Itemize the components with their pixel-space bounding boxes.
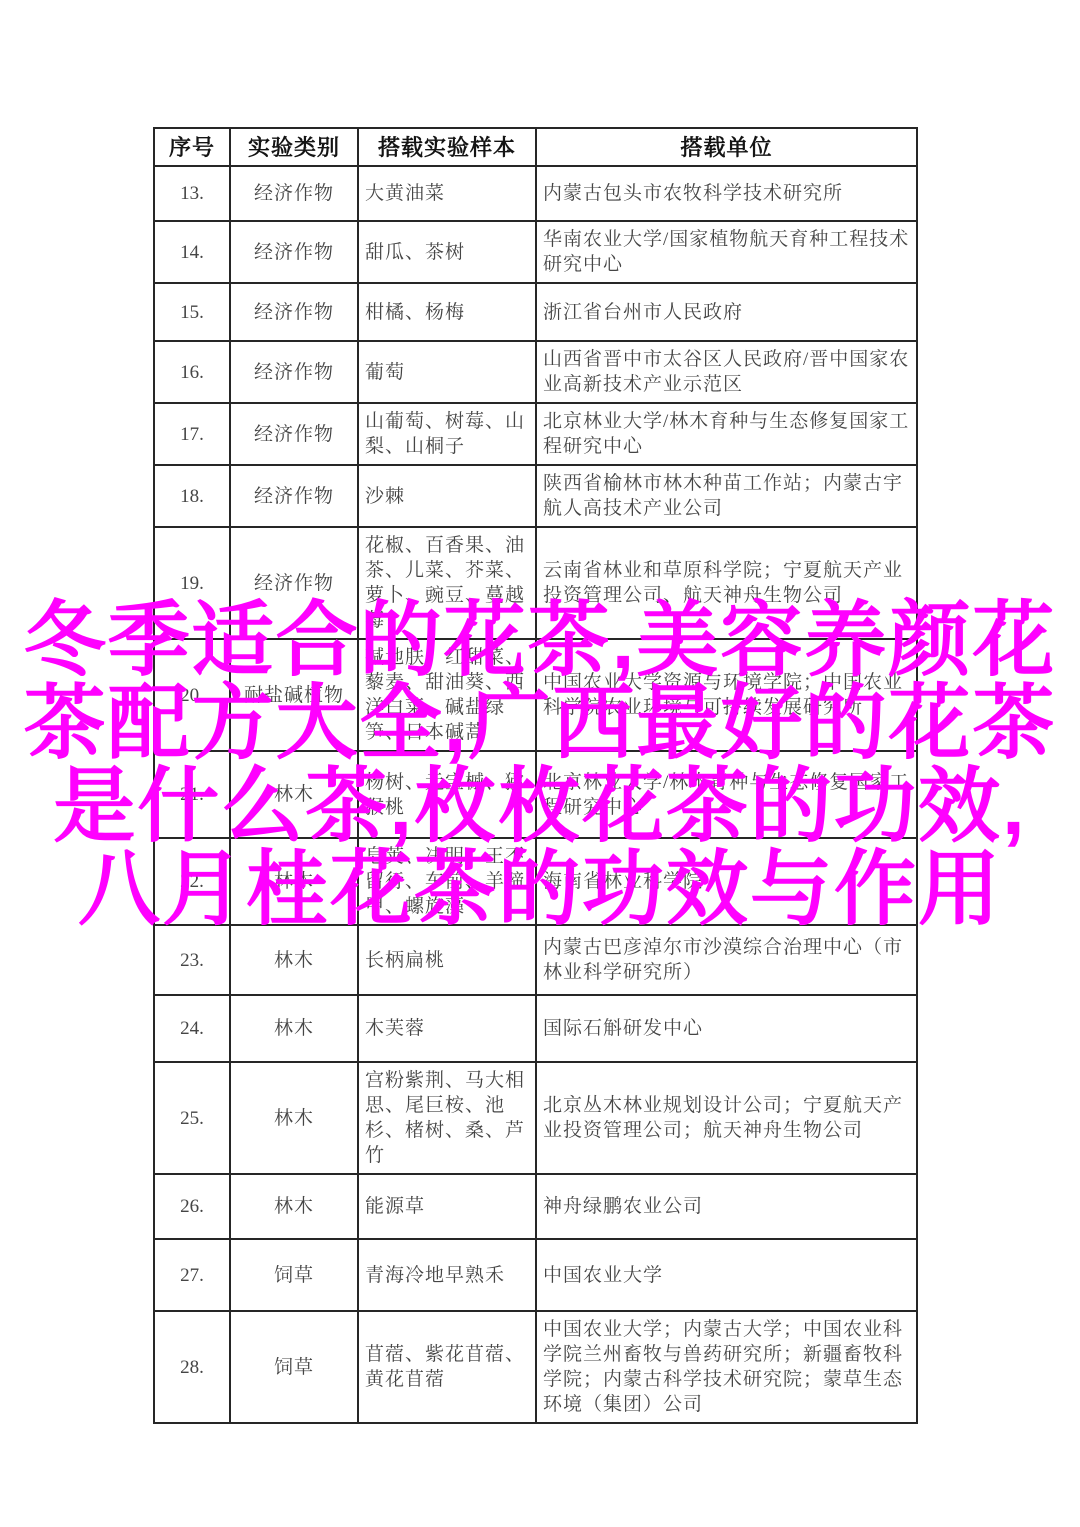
carrying-unit-cell: 海南省林业科学院: [536, 838, 917, 925]
experiment-sample-cell: 花椒、百香果、油茶、儿菜、芥菜、萝卜、豌豆、蔓越莓: [358, 527, 536, 639]
experiment-sample-cell: 宫粉紫荆、马大相思、尾巨桉、池杉、楮树、桑、芦竹: [358, 1062, 536, 1174]
row-index-cell: 22.: [154, 838, 230, 925]
row-index-cell: 14.: [154, 221, 230, 283]
table-row: 17. 经济作物 山葡萄、树莓、山梨、山桐子 北京林业大学/林木育种与生态修复国…: [154, 403, 917, 465]
carrying-unit-cell: 内蒙古巴彦淖尔市沙漠综合治理中心（市林业科学研究所）: [536, 925, 917, 995]
row-index-cell: 28.: [154, 1311, 230, 1423]
carrying-unit-cell: 陕西省榆林市林木种苗工作站；内蒙古宇航人高技术产业公司: [536, 465, 917, 527]
row-index-cell: 20.: [154, 639, 230, 751]
row-index-cell: 24.: [154, 995, 230, 1062]
experiment-sample-cell: 沙棘: [358, 465, 536, 527]
carrying-unit-cell: 国际石斛研发中心: [536, 995, 917, 1062]
table-row: 23. 林木 长柄扁桃 内蒙古巴彦淖尔市沙漠综合治理中心（市林业科学研究所）: [154, 925, 917, 995]
row-index-cell: 19.: [154, 527, 230, 639]
experiment-category-cell: 经济作物: [230, 403, 358, 465]
carrying-unit-cell: 云南省林业和草原科学院；宁夏航天产业投资管理公司、航天神舟生物公司: [536, 527, 917, 639]
row-index-cell: 27.: [154, 1239, 230, 1311]
table-row: 18. 经济作物 沙棘 陕西省榆林市林木种苗工作站；内蒙古宇航人高技术产业公司: [154, 465, 917, 527]
table-row: 15. 经济作物 柑橘、杨梅 浙江省台州市人民政府: [154, 283, 917, 341]
table-row: 20. 耐盐碱植物 碱地肤、红甜菜、藜麦、甜油葵、西洋白菜、碱盐绿笋、日本碱蒿 …: [154, 639, 917, 751]
experiment-category-cell: 林木: [230, 1062, 358, 1174]
experiment-sample-cell: 能源草: [358, 1174, 536, 1239]
experiment-sample-cell: 皂荚、决明、王不留行、车前、羊蹄甲、螺旋藻: [358, 838, 536, 925]
carrying-unit-cell: 中国农业大学资源与环境学院；中国农业科学院农业环境与可持续发展研究所: [536, 639, 917, 751]
experiment-category-cell: 经济作物: [230, 527, 358, 639]
row-index-cell: 23.: [154, 925, 230, 995]
row-index-cell: 16.: [154, 341, 230, 403]
row-index-cell: 26.: [154, 1174, 230, 1239]
scanned-document-page: 序号 实验类别 搭载实验样本 搭载单位 13. 经济作物 大黄油菜 内蒙古包头市…: [0, 0, 1080, 1527]
table-row: 14. 经济作物 甜瓜、茶树 华南农业大学/国家植物航天育种工程技术研究中心: [154, 221, 917, 283]
carrying-unit-cell: 山西省晋中市太谷区人民政府/晋中国家农业高新技术产业示范区: [536, 341, 917, 403]
experiment-category-cell: 经济作物: [230, 166, 358, 221]
experiment-category-cell: 饲草: [230, 1311, 358, 1423]
experiment-sample-cell: 大黄油菜: [358, 166, 536, 221]
experiment-category-cell: 经济作物: [230, 221, 358, 283]
table-row: 26. 林木 能源草 神舟绿鹏农业公司: [154, 1174, 917, 1239]
experiment-category-cell: 林木: [230, 751, 358, 838]
experiment-sample-cell: 青海冷地早熟禾: [358, 1239, 536, 1311]
table-row: 27. 饲草 青海冷地早熟禾 中国农业大学: [154, 1239, 917, 1311]
table-row: 22. 林木 皂荚、决明、王不留行、车前、羊蹄甲、螺旋藻 海南省林业科学院: [154, 838, 917, 925]
column-header-category: 实验类别: [230, 128, 358, 166]
experiment-category-cell: 饲草: [230, 1239, 358, 1311]
carrying-unit-cell: 内蒙古包头市农牧科学技术研究所: [536, 166, 917, 221]
table-row: 21. 林木 杨树、元宝槭、猕猴桃 北京林业大学/林木育种与生态修复国家工程研究…: [154, 751, 917, 838]
carrying-unit-cell: 神舟绿鹏农业公司: [536, 1174, 917, 1239]
column-header-unit: 搭载单位: [536, 128, 917, 166]
experiment-category-cell: 耐盐碱植物: [230, 639, 358, 751]
experiment-category-cell: 林木: [230, 995, 358, 1062]
row-index-cell: 18.: [154, 465, 230, 527]
experiment-category-cell: 林木: [230, 1174, 358, 1239]
experiment-category-cell: 经济作物: [230, 341, 358, 403]
experiment-sample-cell: 苜蓿、紫花苜蓿、黄花苜蓿: [358, 1311, 536, 1423]
table-row: 19. 经济作物 花椒、百香果、油茶、儿菜、芥菜、萝卜、豌豆、蔓越莓 云南省林业…: [154, 527, 917, 639]
experiment-sample-cell: 木芙蓉: [358, 995, 536, 1062]
row-index-cell: 13.: [154, 166, 230, 221]
experiment-category-cell: 经济作物: [230, 283, 358, 341]
table-row: 13. 经济作物 大黄油菜 内蒙古包头市农牧科学技术研究所: [154, 166, 917, 221]
row-index-cell: 17.: [154, 403, 230, 465]
row-index-cell: 21.: [154, 751, 230, 838]
row-index-cell: 15.: [154, 283, 230, 341]
table-row: 16. 经济作物 葡萄 山西省晋中市太谷区人民政府/晋中国家农业高新技术产业示范…: [154, 341, 917, 403]
experiment-sample-cell: 杨树、元宝槭、猕猴桃: [358, 751, 536, 838]
experiment-sample-cell: 山葡萄、树莓、山梨、山桐子: [358, 403, 536, 465]
carrying-unit-cell: 华南农业大学/国家植物航天育种工程技术研究中心: [536, 221, 917, 283]
column-header-sample: 搭载实验样本: [358, 128, 536, 166]
table-header-row: 序号 实验类别 搭载实验样本 搭载单位: [154, 128, 917, 166]
experiment-payload-table: 序号 实验类别 搭载实验样本 搭载单位 13. 经济作物 大黄油菜 内蒙古包头市…: [153, 127, 918, 1424]
experiment-category-cell: 经济作物: [230, 465, 358, 527]
experiment-sample-cell: 碱地肤、红甜菜、藜麦、甜油葵、西洋白菜、碱盐绿笋、日本碱蒿: [358, 639, 536, 751]
experiment-sample-cell: 葡萄: [358, 341, 536, 403]
experiment-category-cell: 林木: [230, 838, 358, 925]
experiment-sample-cell: 甜瓜、茶树: [358, 221, 536, 283]
experiment-sample-cell: 长柄扁桃: [358, 925, 536, 995]
carrying-unit-cell: 浙江省台州市人民政府: [536, 283, 917, 341]
table-row: 28. 饲草 苜蓿、紫花苜蓿、黄花苜蓿 中国农业大学；内蒙古大学；中国农业科学院…: [154, 1311, 917, 1423]
carrying-unit-cell: 中国农业大学；内蒙古大学；中国农业科学院兰州畜牧与兽药研究所；新疆畜牧科学院；内…: [536, 1311, 917, 1423]
carrying-unit-cell: 北京林业大学/林木育种与生态修复国家工程研究中心: [536, 751, 917, 838]
experiment-category-cell: 林木: [230, 925, 358, 995]
column-header-index: 序号: [154, 128, 230, 166]
table-row: 24. 林木 木芙蓉 国际石斛研发中心: [154, 995, 917, 1062]
carrying-unit-cell: 中国农业大学: [536, 1239, 917, 1311]
carrying-unit-cell: 北京林业大学/林木育种与生态修复国家工程研究中心: [536, 403, 917, 465]
carrying-unit-cell: 北京丛木林业规划设计公司；宁夏航天产业投资管理公司；航天神舟生物公司: [536, 1062, 917, 1174]
experiment-sample-cell: 柑橘、杨梅: [358, 283, 536, 341]
table-row: 25. 林木 宫粉紫荆、马大相思、尾巨桉、池杉、楮树、桑、芦竹 北京丛木林业规划…: [154, 1062, 917, 1174]
row-index-cell: 25.: [154, 1062, 230, 1174]
